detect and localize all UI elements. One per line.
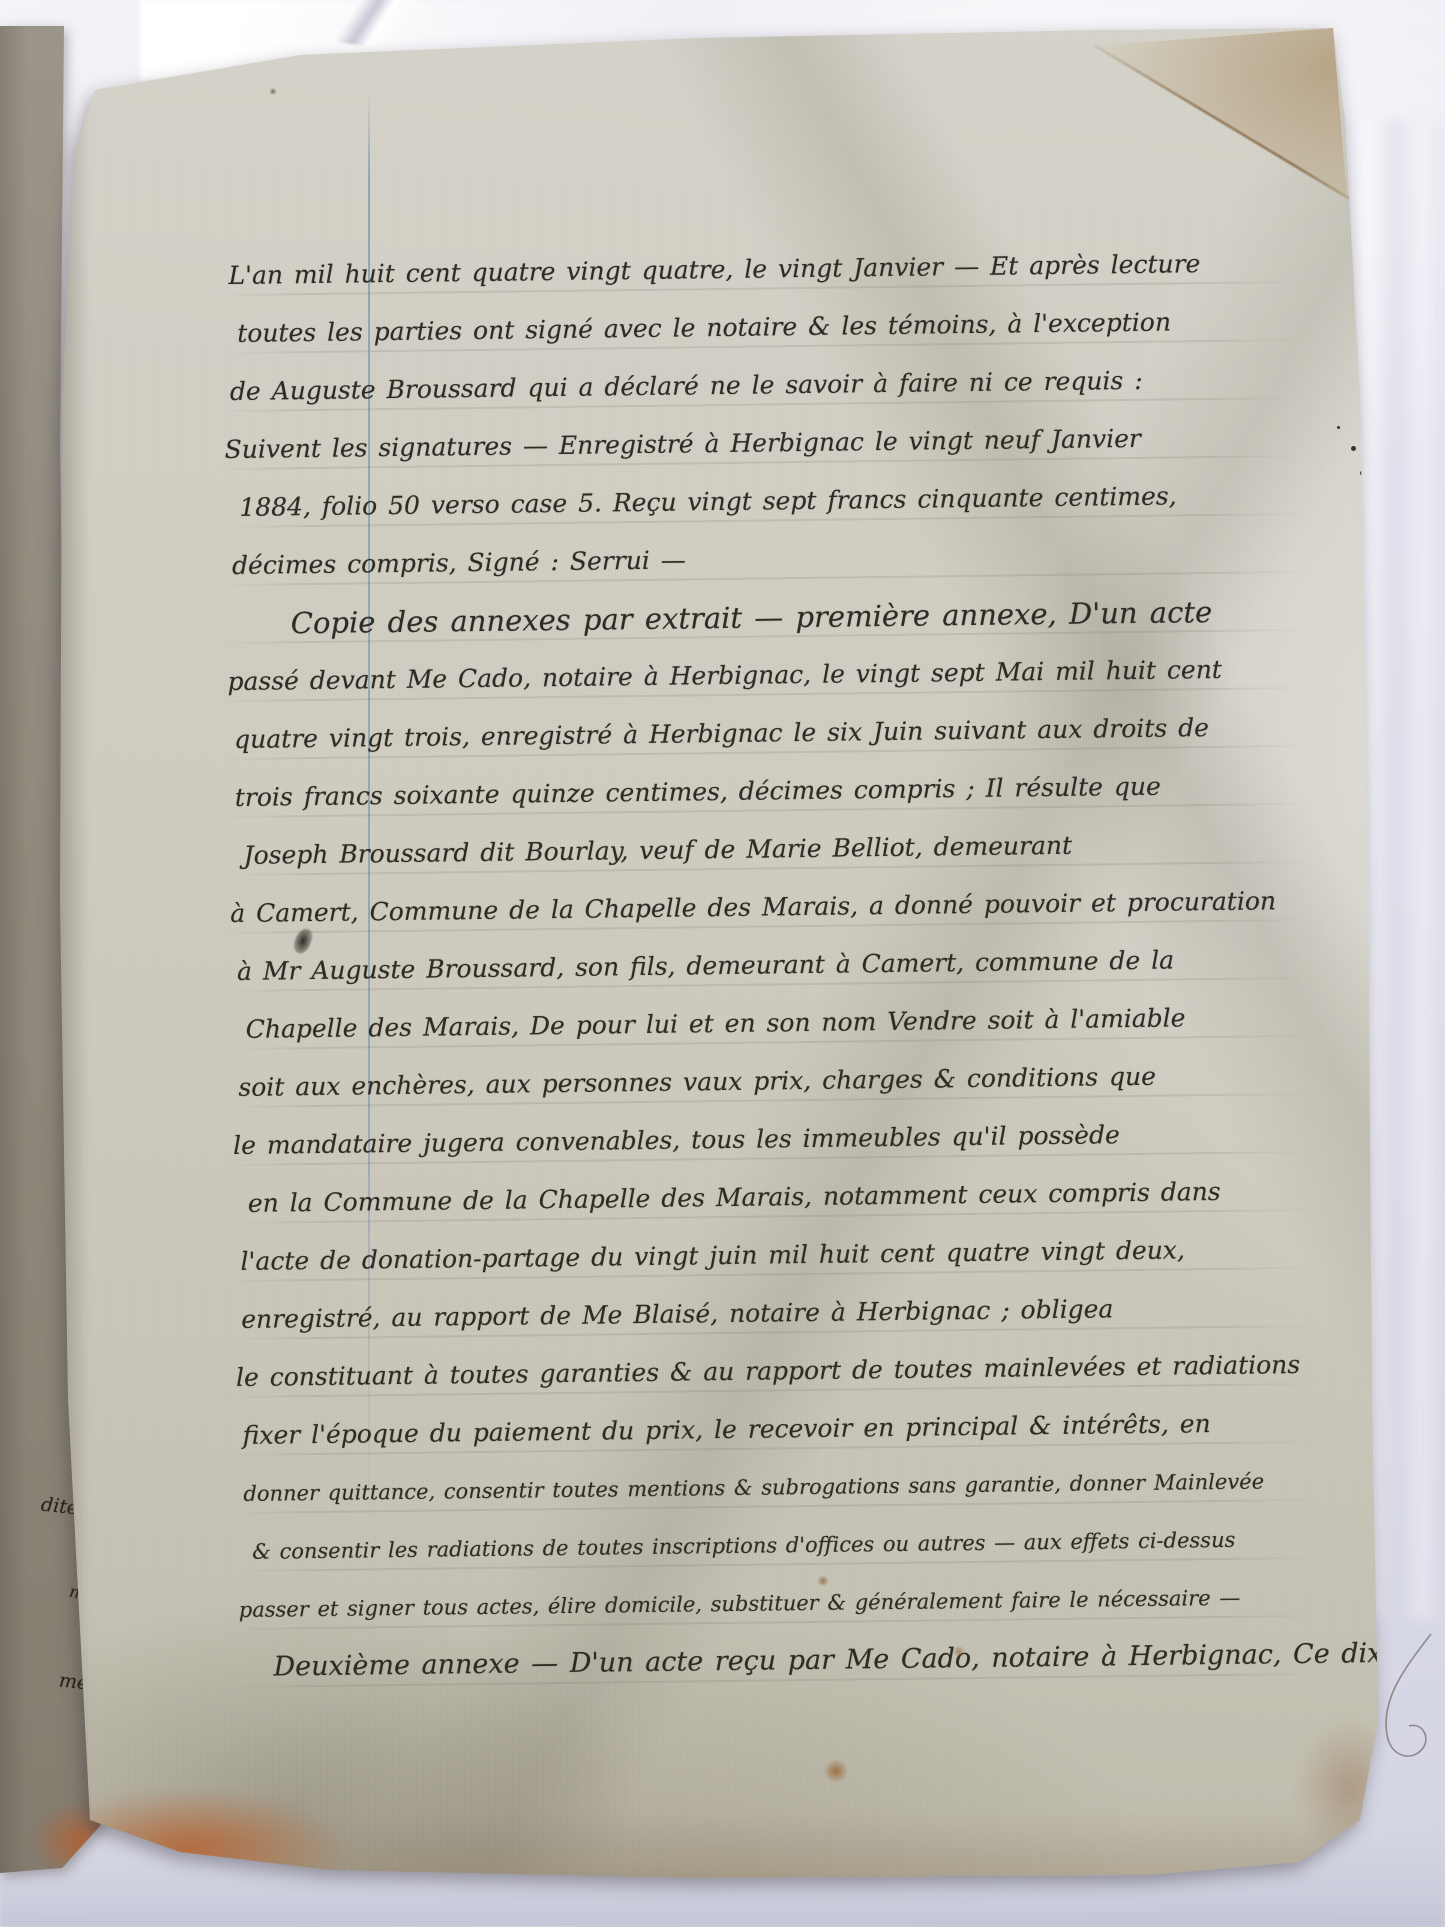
manuscript-line-text: l'acte de donation-partage du vingt juin… [240,1235,1185,1276]
photograph-background: teur.ilaéilanéesaiveuxàesumareatedite lo… [0,0,1445,1927]
manuscript-line-text: fixer l'époque du paiement du prix, le r… [243,1409,1211,1450]
foxing-spot [269,88,277,95]
manuscript-text-block: L'an mil huit cent quatre vingt quatre, … [228,233,1383,1697]
foxing-spot [817,1576,829,1586]
manuscript-line-text: en la Commune de la Chapelle des Marais,… [248,1177,1221,1218]
manuscript-line-text: passer et signer tous actes, élire domic… [239,1586,1241,1622]
manuscript-line-text: & consentir les radiations de toutes ins… [252,1528,1235,1564]
manuscript-line-text: le constituant à toutes garanties & au r… [236,1350,1300,1392]
manuscript-line-text: Suivent les signatures — Enregistré à He… [224,424,1141,464]
ink-speck [1337,426,1340,429]
manuscript-line-text: Copie des annexes par extrait — première… [291,595,1213,640]
manuscript-line-text: toutes les parties ont signé avec le not… [237,307,1171,347]
manuscript-line-text: trois francs soixante quinze centimes, d… [235,772,1161,812]
manuscript-line-text: de Auguste Broussard qui a déclaré ne le… [230,366,1143,406]
stray-hair-path [1386,1634,1431,1756]
stray-hair [1373,1630,1443,1810]
manuscript-line-text: à Camert, Commune de la Chapelle des Mar… [230,886,1276,928]
manuscript-line-text: L'an mil huit cent quatre vingt quatre, … [228,249,1200,290]
manuscript-line-text: quatre vingt trois, enregistré à Herbign… [234,713,1209,754]
foxing-spot [953,1646,965,1657]
ink-speck [1351,446,1356,451]
manuscript-line-text: décimes compris, Signé : Serrui — [232,545,686,580]
manuscript-line-text: donner quittance, consentir toutes menti… [243,1469,1264,1505]
manuscript-line-text: Deuxième annexe — D'un acte reçu par Me … [273,1638,1382,1683]
manuscript-line-text: à Mr Auguste Broussard, son fils, demeur… [237,945,1174,985]
manuscript-line-text: Chapelle des Marais, De pour lui et en s… [246,1003,1186,1043]
manuscript-line-text: soit aux enchères, aux personnes vaux pr… [238,1062,1156,1102]
manuscript-line-text: 1884, folio 50 verso case 5. Reçu vingt … [239,481,1177,521]
manuscript-line-text: Joseph Broussard dit Bourlay, veuf de Ma… [243,831,1072,870]
manuscript-page: L'an mil huit cent quatre vingt quatre, … [55,28,1383,1880]
manuscript-line-text: passé devant Me Cado, notaire à Herbigna… [227,655,1222,696]
foxing-spot [823,1760,849,1782]
manuscript-line-text: le mandataire jugera convenables, tous l… [233,1120,1120,1160]
manuscript-line-text: enregistré, au rapport de Me Blaisé, not… [241,1294,1113,1334]
